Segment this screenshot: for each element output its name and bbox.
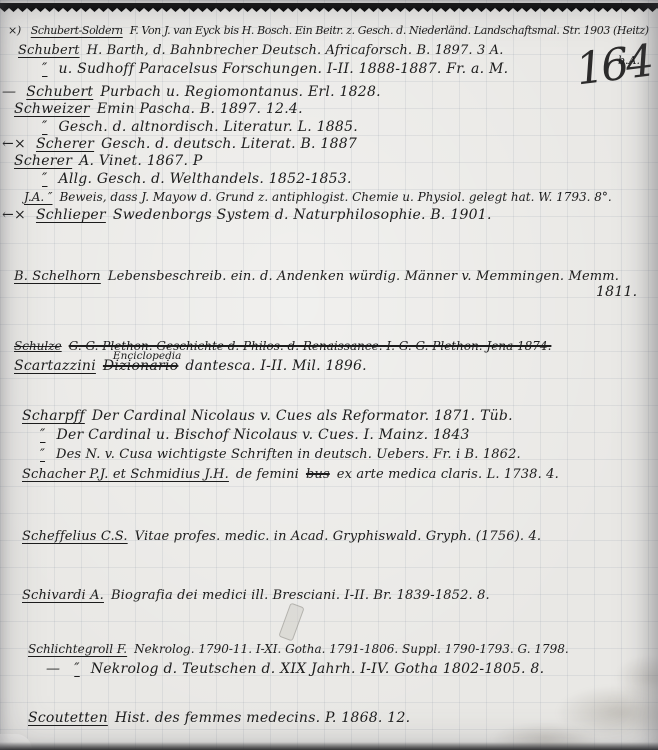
entry-text: Nekrolog d. Teutschen d. XIX Jahrh. I-IV…: [91, 661, 545, 677]
margin-marker: ←×: [2, 207, 26, 223]
entry-text: Gesch. d. altnordisch. Literatur. L. 188…: [58, 119, 357, 135]
entries-layer: ×)Schubert-SoldernF. Von J. van Eyck bis…: [0, 0, 658, 750]
entry-line: ×)Schubert-SoldernF. Von J. van Eyck bis…: [8, 22, 656, 39]
catalog-page: ×)Schubert-SoldernF. Von J. van Eyck bis…: [0, 0, 658, 750]
entry-line: ScartazziniEnciclopediaDizionariodantesc…: [14, 358, 374, 375]
entry-line: Schlichtegroll F.Nekrolog. 1790-11. I-XI…: [28, 641, 576, 658]
entry-text: Biografia dei medici ill. Bresciani. I-I…: [111, 588, 490, 603]
entry-line: ScharpffDer Cardinal Nicolaus v. Cues al…: [22, 408, 520, 425]
entry-text: F. Von J. van Eyck bis H. Bosch. Ein Bei…: [130, 24, 649, 37]
entry-line: SchweizerEmin Pascha. B. 1897. 12.4.: [14, 101, 310, 118]
entry-text: Emin Pascha. B. 1897. 12.4.: [97, 101, 303, 117]
ditto-mark: ″: [36, 447, 49, 462]
entry-line: Schivardi A.Biografia dei medici ill. Br…: [22, 587, 497, 604]
entry-line: ←×SchlieperSwedenborgs System d. Naturph…: [2, 207, 499, 224]
entry-line: —″Nekrolog d. Teutschen d. XIX Jahrh. I-…: [46, 661, 551, 678]
author-name: Schlieper: [36, 207, 106, 223]
struck-text: Schulze: [14, 339, 62, 353]
entry-text: Vitae profes. medic. in Acad. Gryphiswal…: [135, 529, 542, 544]
ditto-mark: ″: [70, 661, 83, 677]
author-name: Schweizer: [14, 101, 90, 117]
author-name: Scheffelius C.S.: [22, 529, 128, 544]
author-name: B. Schelhorn: [14, 269, 101, 284]
entry-line: ScoutettenHist. des femmes medecins. P. …: [28, 710, 417, 727]
ditto-mark: ″: [38, 171, 51, 187]
entry-line: SchubertH. Barth, d. Bahnbrecher Deutsch…: [18, 42, 511, 59]
author-name: Scharpff: [22, 408, 85, 424]
author-name: Scherer: [14, 153, 72, 169]
entry-line: ←×SchererGesch. d. deutsch. Literat. B. …: [2, 136, 364, 153]
corrected-word: EnciclopediaDizionario: [103, 358, 178, 374]
author-name: Schacher P.J. et Schmidius J.H.: [22, 467, 229, 482]
author-name: J.A. ″: [24, 190, 52, 204]
ditto-mark: ″: [36, 427, 49, 443]
entry-text: dantesca. I-II. Mil. 1896.: [185, 358, 367, 374]
author-name: Schubert-Soldern: [31, 24, 123, 37]
entry-line: —SchubertPurbach u. Regiomontanus. Erl. …: [2, 84, 388, 101]
entry-text: H. Barth, d. Bahnbrecher Deutsch. Africa…: [87, 43, 504, 58]
author-name: Scoutetten: [28, 710, 108, 726]
author-name: Schlichtegroll F.: [28, 642, 127, 656]
correction-text: Enciclopedia: [113, 348, 182, 365]
entry-text: A. Vinet. 1867. P: [79, 153, 202, 169]
entry-text: Swedenborgs System d. Naturphilosophie. …: [113, 207, 492, 223]
entry-text: Lebensbeschreib. ein. d. Andenken würdig…: [108, 269, 619, 284]
entry-text: ex arte medica claris. L. 1738. 4.: [337, 467, 559, 482]
entry-text: Purbach u. Regiomontanus. Erl. 1828.: [100, 84, 381, 100]
struck-text: bus: [306, 467, 330, 482]
entry-text: Nekrolog. 1790-11. I-XI. Gotha. 1791-180…: [134, 642, 569, 656]
entry-line: SchererA. Vinet. 1867. P: [14, 153, 210, 170]
author-name: Schubert: [26, 84, 93, 100]
author-name: Schubert: [18, 43, 80, 58]
entry-text: Allg. Gesch. d. Welthandels. 1852-1853.: [58, 171, 351, 187]
entry-line: ″Des N. v. Cusa wichtigste Schriften in …: [36, 446, 528, 463]
margin-marker: ←×: [2, 136, 26, 152]
entry-text: 1811.: [596, 284, 637, 300]
page-number: 164: [573, 36, 654, 96]
entry-text: Der Cardinal u. Bischof Nicolaus v. Cues…: [56, 427, 469, 443]
entry-text: Beweis, dass J. Mayow d. Grund z. antiph…: [59, 190, 611, 204]
entry-text: Gesch. d. deutsch. Literat. B. 1887: [101, 136, 357, 152]
entry-line: Scheffelius C.S.Vitae profes. medic. in …: [22, 528, 548, 545]
margin-marker: —: [46, 661, 60, 677]
entry-line: SchulzeG. G. Plethon. Geschichte d. Phil…: [14, 338, 558, 355]
entry-text: Des N. v. Cusa wichtigste Schriften in d…: [56, 447, 521, 462]
entry-line: J.A. ″Beweis, dass J. Mayow d. Grund z. …: [24, 189, 619, 206]
author-name: Schivardi A.: [22, 588, 104, 603]
torn-edge: [0, 0, 658, 12]
corner-note: b.A.: [618, 54, 640, 67]
entry-text: Der Cardinal Nicolaus v. Cues als Reform…: [92, 408, 513, 424]
author-name: Scherer: [36, 136, 94, 152]
entry-line: 1811.: [596, 284, 644, 301]
margin-marker: —: [2, 84, 16, 100]
entry-text: Hist. des femmes medecins. P. 1868. 12.: [115, 710, 410, 726]
margin-marker: ×): [8, 24, 21, 37]
author-name: Scartazzini: [14, 358, 96, 374]
entry-line: ″u. Sudhoff Paracelsus Forschungen. I-II…: [38, 61, 515, 78]
entry-line: ″Gesch. d. altnordisch. Literatur. L. 18…: [38, 119, 365, 136]
entry-line: ″Allg. Gesch. d. Welthandels. 1852-1853.: [38, 171, 359, 188]
entry-text: u. Sudhoff Paracelsus Forschungen. I-II.…: [58, 61, 508, 77]
entry-line: ″Der Cardinal u. Bischof Nicolaus v. Cue…: [36, 427, 477, 444]
ditto-mark: ″: [38, 119, 51, 135]
ditto-mark: ″: [38, 61, 51, 77]
entry-line: B. SchelhornLebensbeschreib. ein. d. And…: [14, 268, 626, 285]
entry-line: Schacher P.J. et Schmidius J.H.de femini…: [22, 466, 566, 483]
entry-text: de femini: [236, 467, 299, 482]
